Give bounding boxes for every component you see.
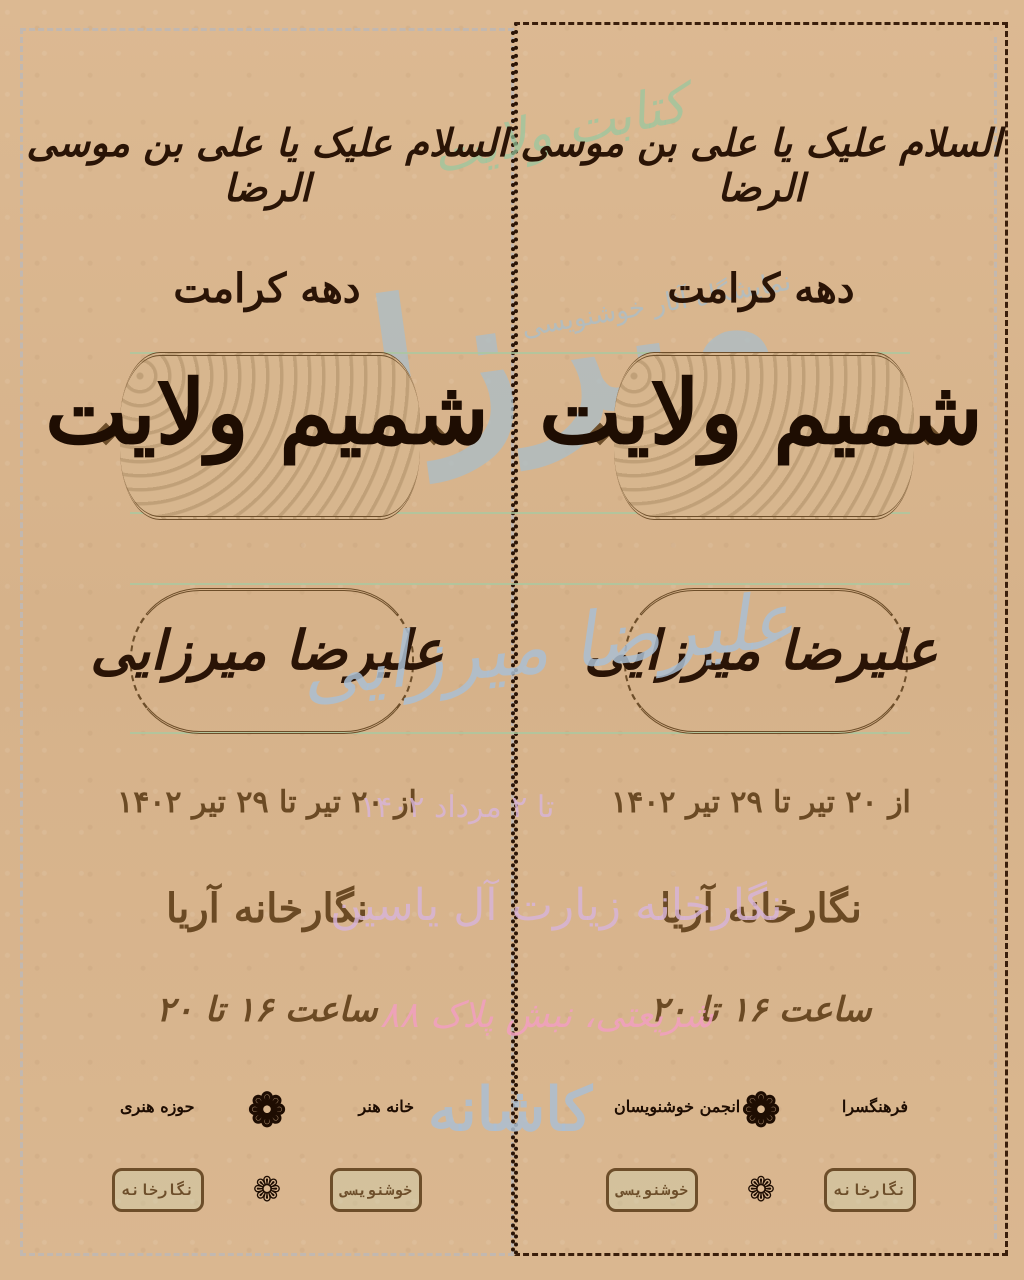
time-line: ساعت ۱۶ تا ۲۰: [20, 990, 514, 1030]
badge: نگارخانه: [112, 1168, 204, 1212]
date-line: از ۲۰ تیر تا ۲۹ تیر ۱۴۰۲: [20, 785, 514, 820]
header-salutation: السلام علیک یا علی بن موسی الرضا: [20, 120, 514, 210]
emblem-icon: ❁: [723, 1075, 799, 1145]
logo-label: انجمن خوشنویسان: [614, 1097, 740, 1116]
subheader: دهه کرامت: [514, 265, 1008, 312]
badge: خوشنویسی: [606, 1168, 698, 1212]
artist-name: علیرضا میرزایی: [20, 618, 514, 682]
sponsor-logos: انجمن خوشنویسان ❁ فرهنگسرا: [514, 1075, 1008, 1155]
emblem-icon: ❁: [227, 1162, 307, 1218]
logo-label: فرهنگسرا: [842, 1097, 908, 1116]
logo-label: خانه هنر: [359, 1097, 414, 1116]
venue-line: نگارخانه آریا: [20, 885, 514, 932]
badge: نگارخانه: [824, 1168, 916, 1212]
logo-label: حوزه هنری: [120, 1097, 194, 1116]
header-salutation: السلام علیک یا علی بن موسی الرضا: [514, 120, 1008, 210]
emblem-icon: ❁: [721, 1162, 801, 1218]
artist-name: علیرضا میرزایی: [514, 618, 1008, 682]
poster-panel-right: السلام علیک یا علی بن موسی الرضا دهه کرا…: [514, 0, 1008, 1250]
venue-line: نگارخانه آریا: [514, 885, 1008, 932]
sponsor-logos: حوزه هنری ❁ خانه هنر: [20, 1075, 514, 1155]
subheader: دهه کرامت: [20, 265, 514, 312]
poster-panel-left: السلام علیک یا علی بن موسی الرضا دهه کرا…: [20, 0, 514, 1250]
main-title: شمیم ولایت: [514, 360, 1008, 464]
badge: خوشنویسی: [330, 1168, 422, 1212]
date-line: از ۲۰ تیر تا ۲۹ تیر ۱۴۰۲: [514, 785, 1008, 820]
badge-row: نگارخانه ❁ خوشنویسی: [20, 1168, 514, 1218]
time-line: ساعت ۱۶ تا ۲۰: [514, 990, 1008, 1030]
main-title: شمیم ولایت: [20, 360, 514, 464]
badge-row: خوشنویسی ❁ نگارخانه: [514, 1168, 1008, 1218]
emblem-icon: ❁: [229, 1075, 305, 1145]
